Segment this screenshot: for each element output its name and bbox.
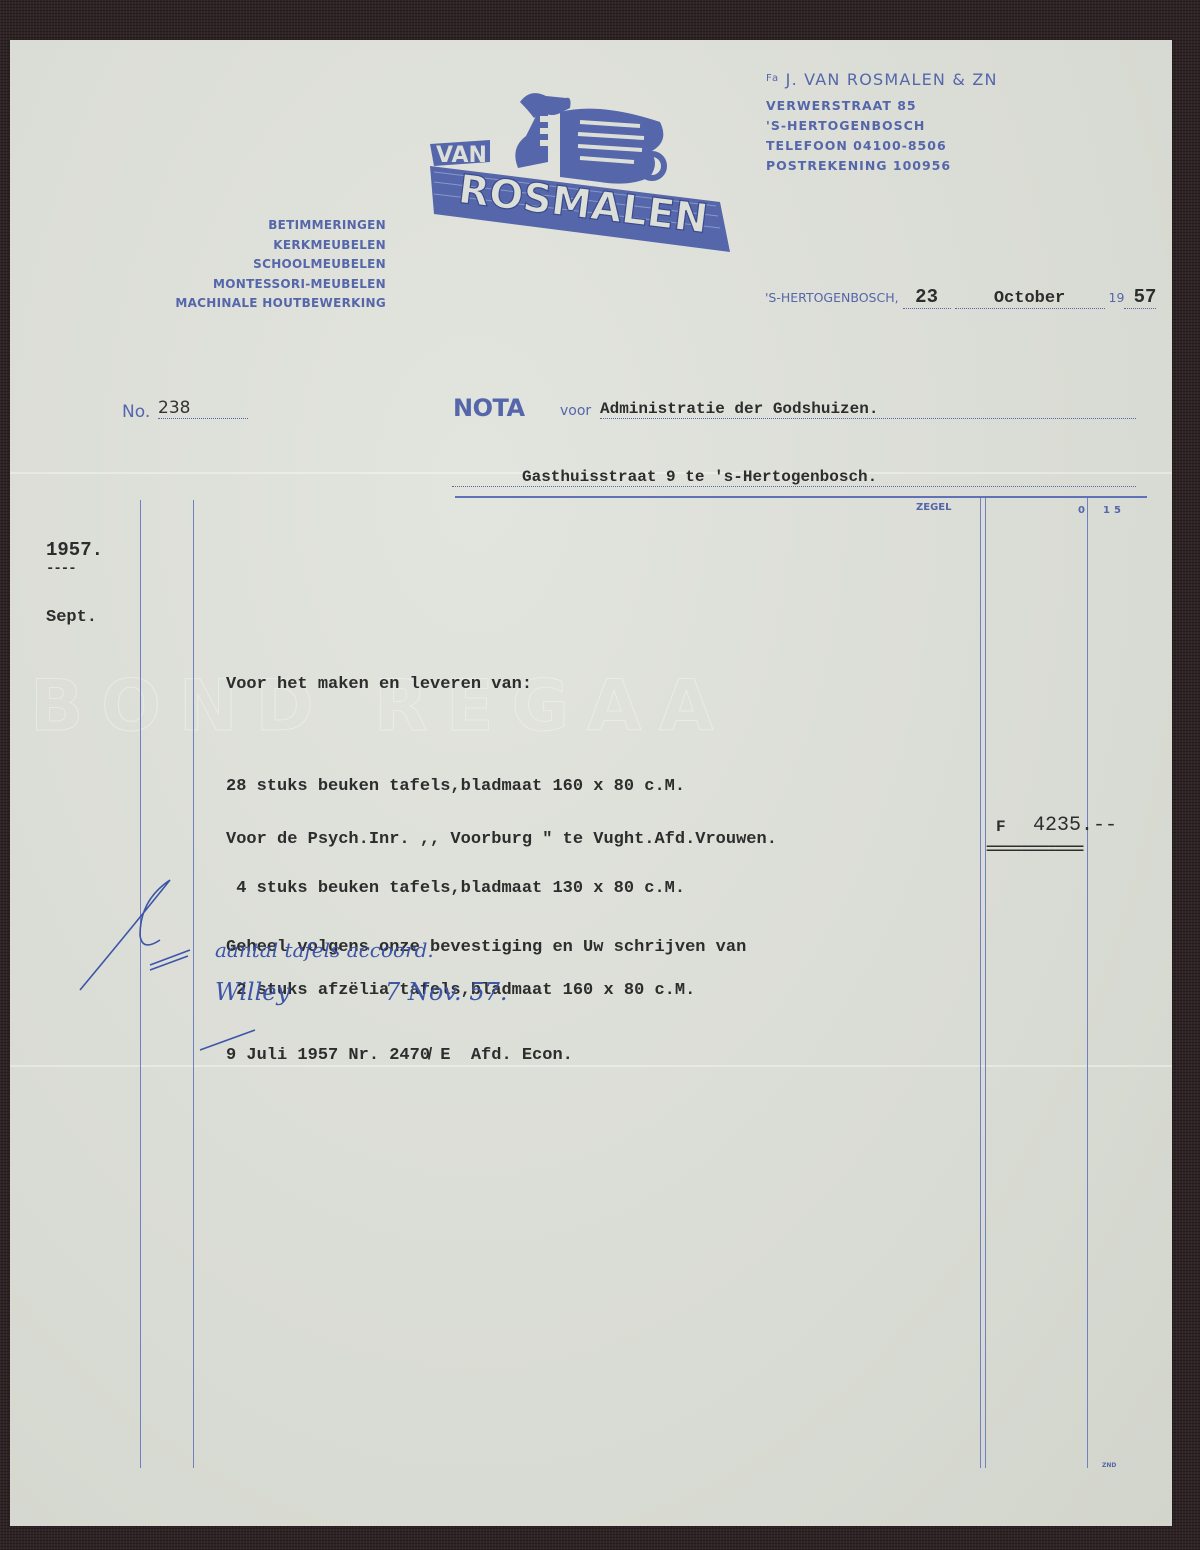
address-phone: TELEFOON 04100-8506 bbox=[766, 138, 947, 153]
company-logo: VAN ROSMALEN bbox=[420, 82, 740, 252]
column-line-amount-left-double bbox=[985, 498, 986, 1468]
handwritten-signature: Willey bbox=[215, 978, 290, 1006]
handwritten-date: 7 Nov. 57. bbox=[385, 978, 507, 1006]
service-item: SCHOOLMEUBELEN bbox=[175, 255, 386, 275]
total-double-underline: ============== bbox=[986, 842, 1083, 858]
date-century: 19 bbox=[1109, 290, 1125, 305]
date-place: 'S-HERTOGENBOSCH, bbox=[765, 290, 899, 305]
column-line-amount-left bbox=[980, 498, 981, 1468]
invoice-number-label: No. bbox=[122, 402, 150, 422]
zegel-label: ZEGEL bbox=[916, 502, 952, 513]
cents-label-left: 0 bbox=[1078, 505, 1085, 516]
total-amount: 4235.-- bbox=[1033, 814, 1117, 837]
recipient-line-1: Administratie der Godshuizen. bbox=[600, 400, 1136, 419]
printer-mark: ZND bbox=[1102, 1462, 1116, 1469]
address-postal-account: POSTREKENING 100956 bbox=[766, 158, 951, 173]
date-year: 57 bbox=[1124, 286, 1156, 309]
company-name: Fa J. VAN ROSMALEN & ZN bbox=[766, 70, 998, 89]
service-item: MACHINALE HOUTBEWERKING bbox=[175, 294, 386, 314]
address-street: VERWERSTRAAT 85 bbox=[766, 98, 917, 113]
invoice-title: NOTA bbox=[453, 394, 525, 422]
date-day: 23 bbox=[903, 286, 951, 309]
entry-year: 1957. bbox=[46, 539, 103, 561]
handwritten-approval: aantal tafels accoord. Willey 7 Nov. 57. bbox=[50, 860, 570, 1090]
service-item: MONTESSORI-MEUBELEN bbox=[175, 275, 386, 295]
invoice-paper: BOND REGAA VAN ROSMALEN Fa J. VAN ROSMAL… bbox=[10, 40, 1172, 1526]
cents-label-right: 15 bbox=[1103, 505, 1125, 516]
services-list: BETIMMERINGEN KERKMEUBELEN SCHOOLMEUBELE… bbox=[175, 216, 386, 314]
handwritten-note: aantal tafels accoord. bbox=[215, 938, 434, 962]
description-line: Voor het maken en leveren van: bbox=[226, 668, 695, 702]
voor-label: voor bbox=[560, 403, 591, 419]
winged-griffin-icon bbox=[515, 93, 664, 184]
address-city: 'S-HERTOGENBOSCH bbox=[766, 118, 925, 133]
company-prefix: Fa bbox=[766, 73, 779, 84]
entry-year-underline: ---- bbox=[46, 561, 76, 577]
company-name-text: J. VAN ROSMALEN & ZN bbox=[786, 70, 998, 89]
recipient-line-2: Gasthuisstraat 9 te 's-Hertogenbosch. bbox=[452, 468, 1136, 487]
date-month: October bbox=[955, 289, 1105, 309]
date-line: 'S-HERTOGENBOSCH, 23 October 1957 bbox=[765, 286, 1156, 309]
service-item: BETIMMERINGEN bbox=[175, 216, 386, 236]
initial-checkmark-icon bbox=[50, 860, 570, 1090]
service-item: KERKMEUBELEN bbox=[175, 236, 386, 256]
entry-month: Sept. bbox=[46, 608, 97, 627]
currency-symbol: F bbox=[996, 818, 1006, 836]
invoice-number: 238 bbox=[158, 398, 248, 419]
note-line: Voor de Psych.Inr. ,, Voorburg " te Vugh… bbox=[226, 822, 777, 858]
svg-text:VAN: VAN bbox=[436, 143, 487, 168]
column-line-cents bbox=[1087, 498, 1088, 1468]
header-rule bbox=[455, 496, 1147, 498]
